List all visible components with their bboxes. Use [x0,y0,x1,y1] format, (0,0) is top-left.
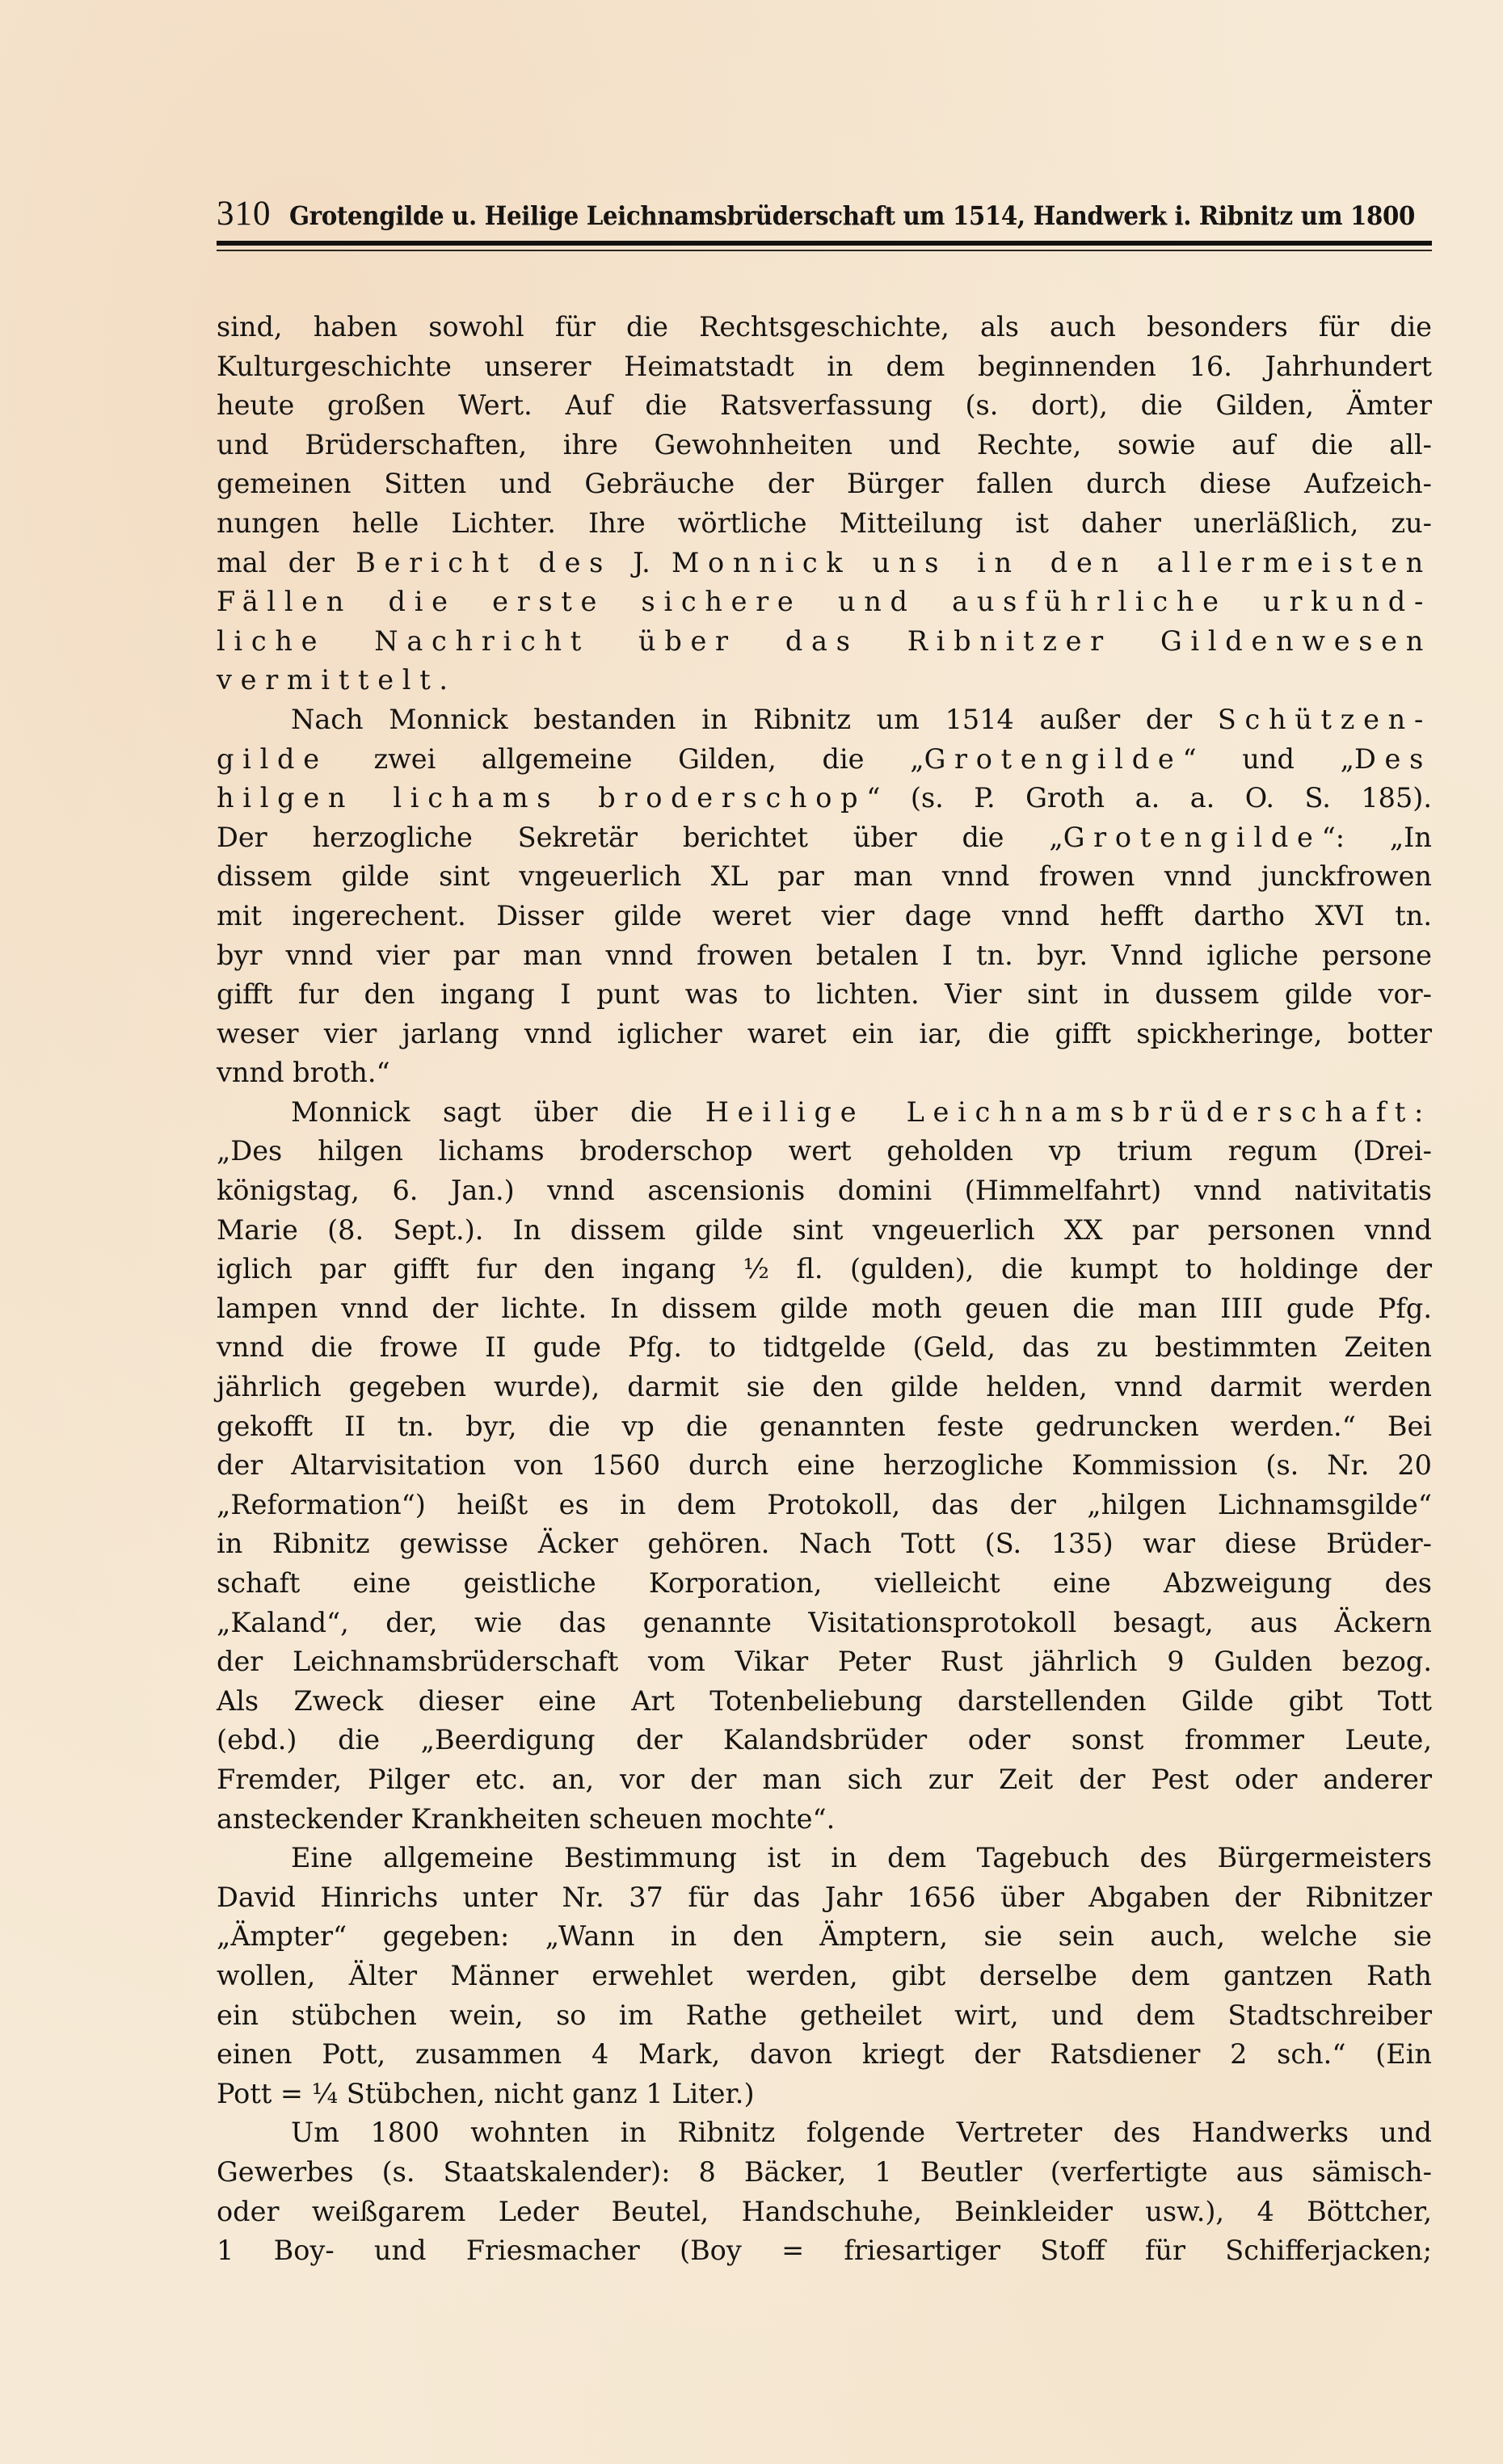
text-fragment: “ und „ [1182,743,1354,775]
page-number: 310 [217,194,272,233]
header-rule-thin [217,250,1432,251]
emphasis-spaced: Grotengilde [924,743,1183,775]
text-line: jährlich gegeben wurde), darmit sie den … [217,1368,1432,1407]
text-line: 1 Boy- und Friesmacher (Boy = friesartig… [217,2231,1432,2271]
text-line: Kulturgeschichte unserer Heimatstadt in … [217,347,1432,387]
text-line: schaft eine geistliche Korporation, viel… [217,1564,1432,1604]
text-line: oder weißgarem Leder Beutel, Handschuhe,… [217,2193,1432,2232]
text-line: vnnd broth.“ [217,1053,1432,1093]
text-line: Eine allgemeine Bestimmung ist in dem Ta… [217,1839,1432,1878]
text-line: „Des hilgen lichams broderschop wert geh… [217,1132,1432,1171]
text-fragment: Der herzogliche Sekretär berichtet über … [217,822,1063,853]
text-fragment: “ (s. P. Groth a. a. O. S. 185). [866,782,1432,814]
running-header: 310 Grotengilde u. Heilige Leichnamsbrüd… [217,194,1432,234]
text-line: nungen helle Lichter. Ihre wörtliche Mit… [217,504,1432,544]
text-line: der Leichnamsbrüderschaft vom Vikar Pete… [217,1642,1432,1682]
text-line: und Brüderschaften, ihre Gewohnheiten un… [217,426,1432,465]
book-page: 310 Grotengilde u. Heilige Leichnamsbrüd… [217,194,1432,2271]
text-line: Als Zweck dieser eine Art Totenbeliebung… [217,1682,1432,1722]
emphasis-spaced: uns in den allermeisten [873,547,1432,578]
text-line: vnnd die frowe II gude Pfg. to tidtgelde… [217,1328,1432,1368]
text-line-spaced: vermittelt. [217,661,1432,700]
text-line: gemeinen Sitten und Gebräuche der Bürger… [217,465,1432,504]
text-line: gifft fur den ingang I punt was to licht… [217,975,1432,1015]
text-line: „Reformation“) heißt es in dem Protokoll… [217,1486,1432,1525]
text-line-spaced: gilde zwei allgemeine Gilden, die „Grote… [217,740,1432,780]
text-line: ein stübchen wein, so im Rathe getheilet… [217,1996,1432,2036]
text-line-spaced: Der herzogliche Sekretär berichtet über … [217,818,1432,858]
emphasis-spaced: Des [1354,743,1432,775]
text-fragment: J. [633,547,672,578]
text-line: David Hinrichs unter Nr. 37 für das Jahr… [217,1878,1432,1918]
text-line: ansteckender Krankheiten scheuen mochte“… [217,1800,1432,1840]
text-line: „Ämpter“ gegeben: „Wann in den Ämptern, … [217,1917,1432,1957]
emphasis-spaced: Bericht [356,547,517,578]
emphasis-spaced: des [538,547,612,578]
emphasis-spaced: Monnick [672,547,851,578]
text-line-spaced: Nach Monnick bestanden in Ribnitz um 151… [217,700,1432,740]
text-fragment: zwei allgemeine Gilden, die „ [328,743,924,775]
text-line: der Altarvisitation von 1560 durch eine … [217,1446,1432,1486]
text-line: iglich par gifft fur den ingang ½ fl. (g… [217,1250,1432,1289]
text-line: (ebd.) die „Beerdigung der Kalandsbrüder… [217,1721,1432,1760]
running-header-title: Grotengilde u. Heilige Leichnamsbrüdersc… [289,201,1415,231]
header-rule-thick [217,241,1432,246]
emphasis-spaced: gilde [217,743,328,775]
text-line-spaced: Monnick sagt über die Heilige Leichnamsb… [217,1093,1432,1133]
text-fragment: Nach Monnick bestanden in Ribnitz um 151… [291,704,1218,735]
text-line: weser vier jarlang vnnd iglicher waret e… [217,1015,1432,1054]
text-line: byr vnnd vier par man vnnd frowen betale… [217,936,1432,976]
text-fragment: mal der [217,547,356,578]
text-line-spaced: hilgen lichams broderschop“ (s. P. Groth… [217,779,1432,818]
emphasis-spaced: Grotengilde [1063,822,1322,853]
text-line: in Ribnitz gewisse Äcker gehören. Nach T… [217,1524,1432,1564]
text-line: Um 1800 wohnten in Ribnitz folgende Vert… [217,2113,1432,2153]
text-line: einen Pott, zusammen 4 Mark, davon krieg… [217,2035,1432,2075]
text-line-spaced: mal der Bericht des J. Monnick uns in de… [217,544,1432,583]
text-line: gekofft II tn. byr, die vp die genannten… [217,1407,1432,1447]
text-line: heute großen Wert. Auf die Ratsverfassun… [217,386,1432,426]
text-line: Gewerbes (s. Staatskalender): 8 Bäcker, … [217,2153,1432,2193]
text-line: Marie (8. Sept.). In dissem gilde sint v… [217,1211,1432,1251]
text-line: Pott = ¼ Stübchen, nicht ganz 1 Liter.) [217,2075,1432,2114]
emphasis-spaced: Schützen- [1218,704,1432,735]
text-line-spaced: Fällen die erste sichere und ausführlich… [217,582,1432,622]
emphasis-spaced: hilgen lichams broderschop [217,782,866,814]
text-line: Fremder, Pilger etc. an, vor der man sic… [217,1760,1432,1800]
text-fragment: Monnick sagt über die [291,1096,705,1128]
text-line: lampen vnnd der lichte. In dissem gilde … [217,1289,1432,1329]
text-line: mit ingerechent. Disser gilde weret vier… [217,897,1432,936]
text-line: „Kaland“, der, wie das genannte Visitati… [217,1604,1432,1643]
text-line: dissem gilde sint vngeuerlich XL par man… [217,857,1432,897]
text-line: wollen, Älter Männer erwehlet werden, gi… [217,1957,1432,1996]
body-text: sind, haben sowohl für die Rechtsgeschic… [217,308,1432,2271]
text-fragment: “: „In [1322,822,1432,853]
text-line: sind, haben sowohl für die Rechtsgeschic… [217,308,1432,347]
text-line: königstag, 6. Jan.) vnnd ascensionis dom… [217,1171,1432,1211]
emphasis-spaced: Heilige Leichnamsbrüderschaft: [705,1096,1432,1128]
text-line-spaced: liche Nachricht über das Ribnitzer Gilde… [217,622,1432,662]
